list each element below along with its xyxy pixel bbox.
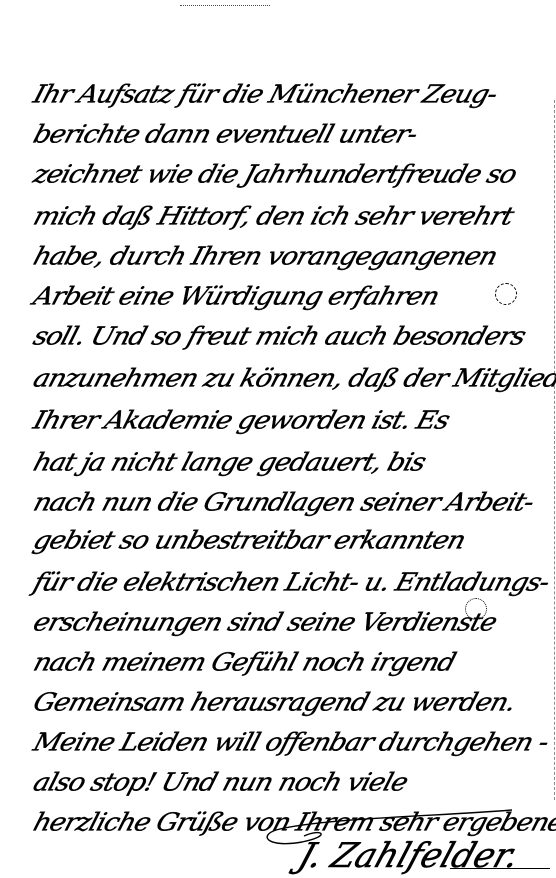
- letter-line-11: nach nun die Grundlagen seiner Arbeit-: [30, 488, 537, 517]
- letter-line-10: hat ja nicht lange gedauert, bis: [30, 448, 428, 477]
- letter-line-2: berichte dann eventuell unter-: [30, 120, 420, 149]
- letter-line-6: Arbeit eine Würdigung erfahren: [30, 282, 442, 311]
- letter-line-18: also stop! Und nun noch viele: [30, 768, 410, 797]
- signature: J. Zahlfelder.: [294, 836, 525, 876]
- letter-line-1: Ihr Aufsatz für die Münchener Zeug-: [30, 80, 500, 109]
- scan-artifact-right-edge: [554, 100, 555, 800]
- letter-page: Ihr Aufsatz für die Münchener Zeug- beri…: [0, 0, 556, 878]
- letter-line-5: habe, durch Ihren vorangegangenen: [30, 242, 500, 271]
- letter-line-16: Gemeinsam herausragend zu werden.: [30, 688, 518, 717]
- letter-line-7: soll. Und so freut mich auch besonders: [30, 322, 528, 351]
- punch-hole-mark: [495, 283, 517, 305]
- scan-artifact-top: [180, 5, 270, 7]
- letter-line-12: gebiet so unbestreitbar erkannten: [30, 526, 468, 555]
- letter-line-4: mich daß Hittorf, den ich sehr verehrt: [30, 202, 516, 231]
- letter-line-13: für die elektrischen Licht- u. Entladung…: [30, 568, 552, 597]
- letter-line-9: Ihrer Akademie geworden ist. Es: [30, 406, 452, 435]
- letter-line-17: Meine Leiden will offenbar durchgehen -: [30, 728, 551, 757]
- letter-line-15: nach meinem Gefühl noch irgend: [30, 648, 458, 677]
- letter-line-8: anzunehmen zu können, daß der Mitglied: [30, 364, 556, 393]
- letter-line-14: erscheinungen sind seine Verdienste: [30, 608, 499, 637]
- letter-line-3: zeichnet wie die Jahrhundertfreude so: [30, 160, 519, 189]
